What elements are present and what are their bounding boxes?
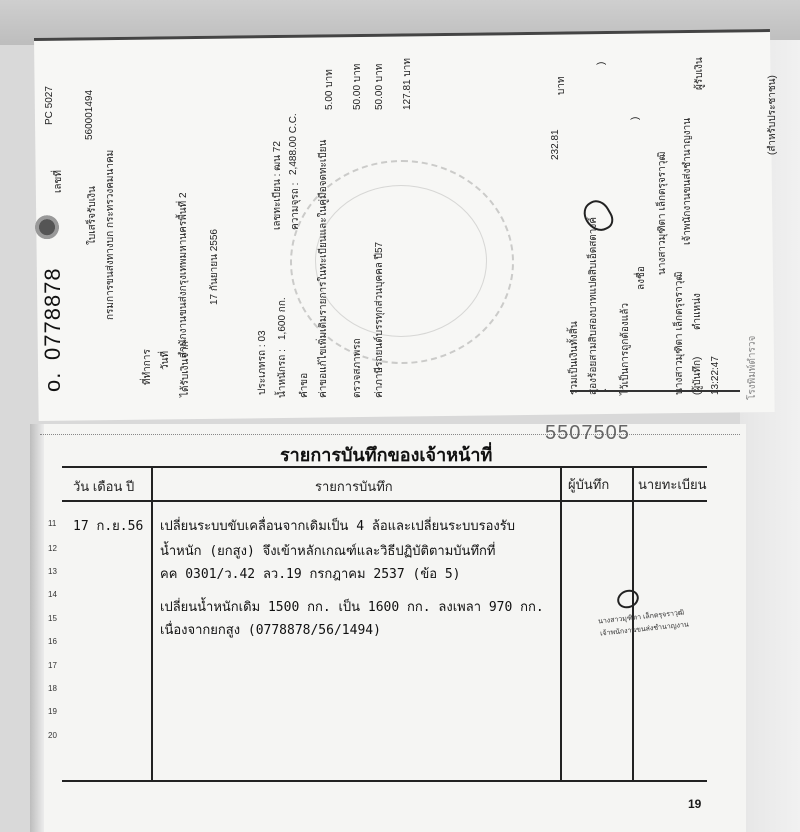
weight-value: 1,600 กก. [275, 297, 290, 340]
column-header-recorder: ผู้บันทึก [568, 474, 609, 495]
recorder-name: นางสาวมุฑิตา เล็กตรุจราวุฒิ [672, 272, 687, 395]
fee-label-2: ตรวจสภาพรถ [350, 338, 365, 398]
column-header-registrar: นายทะเบียน [638, 474, 707, 495]
fee-amount-2: 50.00 บาท [372, 64, 387, 110]
official-seal-inner [315, 185, 487, 337]
fee-label-3: ค่าภาษีรถยนต์บรรทุกส่วนบุคคล ปี57 [372, 242, 387, 398]
entry-line: เปลี่ยนระบบขับเคลื่อนจากเดิมเป็น 4 ล้อแล… [160, 515, 515, 536]
receipt-bottom-rule [570, 390, 740, 392]
officer-name: นางสาวมุฑิตา เล็กตรุจราวุฒิ [655, 152, 670, 275]
received-from-label: ได้รับเงินจาก [178, 341, 193, 397]
weight-label: น้ำหนักรถ : [275, 349, 290, 398]
fee-amount-0: 5.00 บาท [322, 69, 337, 110]
verified-text: ไว้เป็นการถูกต้องแล้ว [618, 303, 633, 395]
row-number: 14 [48, 590, 57, 599]
department: กรมการขนส่งทางบก กระทรวงคมนาคม [103, 150, 118, 320]
fee-amount-3: 127.81 บาท [400, 58, 415, 110]
for-public-label: (สำหรับประชาชน) [765, 75, 780, 155]
column-header-date: วัน เดือน ปี [73, 476, 134, 497]
row-number: 19 [48, 707, 57, 716]
total-words: สองร้อยสามสิบสองบาทแปดสิบเอ็ดสตางค์ [586, 217, 601, 395]
fee-amount-1: 50.00 บาท [350, 64, 365, 110]
total-value: 232.81 [550, 129, 561, 160]
vehicle-type: ประเภทรถ : 03 [255, 330, 270, 395]
entry-date: 17 ก.ย.56 [73, 515, 143, 536]
total-label: รวมเป็นเงินทั้งสิ้น [567, 321, 582, 395]
capacity-value: 2,488.00 C.C. [288, 113, 299, 175]
faint-footer: โรงพิมพ์ตำรวจ [745, 336, 760, 400]
row-number: 16 [48, 637, 57, 646]
total-unit: บาท [554, 76, 569, 95]
receipt-number: 560001494 [84, 90, 95, 140]
registration: เลขทะเบียน : ฒน 72 [270, 141, 285, 230]
officer-title: เจ้าพนักงานขนส่งชำนาญงาน [680, 118, 695, 245]
entry-line: เปลี่ยนน้ำหนักเดิม 1500 กก. เป็น 1600 กก… [160, 596, 544, 617]
row-number: 18 [48, 684, 57, 693]
fee-label-0: คำขอ [297, 373, 312, 398]
fee-label-1: ค่าขอแก้ไขเพิ่มเติมรายการในทะเบียนและในค… [316, 140, 331, 398]
column-divider-2 [560, 466, 562, 781]
receipt-title: ใบเสร็จรับเงิน [85, 186, 100, 245]
office-value: สำนักงานขนส่งกรุงเทพมหานครพื้นที่ 2 [176, 192, 191, 358]
row-number: 17 [48, 661, 57, 670]
office-label: ที่ทำการ [140, 349, 155, 385]
entry-line: คค 0301/ว.42 ลว.19 กรกฎาคม 2537 (ข้อ 5) [160, 563, 461, 584]
row-number: 13 [48, 567, 57, 576]
table-top-border [62, 466, 707, 468]
garuda-emblem-icon [34, 212, 60, 250]
paren-close-2: ) [630, 117, 641, 120]
row-number: 11 [48, 519, 56, 528]
form-code: PC 5027 [44, 86, 55, 125]
book-number: 0778878 [40, 267, 66, 360]
column-divider-1 [151, 466, 153, 781]
paren-close-1: ) [596, 62, 607, 65]
record-title: รายการบันทึกของเจ้าหน้าที่ [280, 440, 492, 469]
row-number: 20 [48, 731, 57, 740]
table-bottom-border [62, 780, 707, 782]
table-header-bottom-border [62, 500, 707, 502]
column-header-entry: รายการบันทึก [315, 476, 393, 497]
perforation-line [40, 434, 740, 435]
signed-label: ลงชื่อ [634, 266, 649, 290]
page-binding-shadow [30, 424, 44, 832]
date-value: 17 กันยายน 2556 [207, 229, 222, 305]
entry-line: น้ำหนัก (ยกสูง) จึงเข้าหลักเกณฑ์และวิธีป… [160, 540, 495, 561]
number-label: เลขที่ [51, 170, 66, 193]
receiver-label: ผู้รับเงิน [692, 57, 707, 90]
book-prefix: ο. [40, 372, 66, 392]
position-label: ตำแหน่ง [690, 293, 705, 330]
row-number: 15 [48, 614, 57, 623]
page-number: 19 [688, 797, 701, 811]
date-label: วันที่ [158, 351, 173, 370]
ghost-print-number: 5507505 [545, 422, 630, 445]
row-number: 12 [48, 544, 57, 553]
capacity-label: ความจุรถ : [288, 183, 303, 230]
entry-line: เนื่องจากยกสูง (0778878/56/1494) [160, 619, 381, 640]
